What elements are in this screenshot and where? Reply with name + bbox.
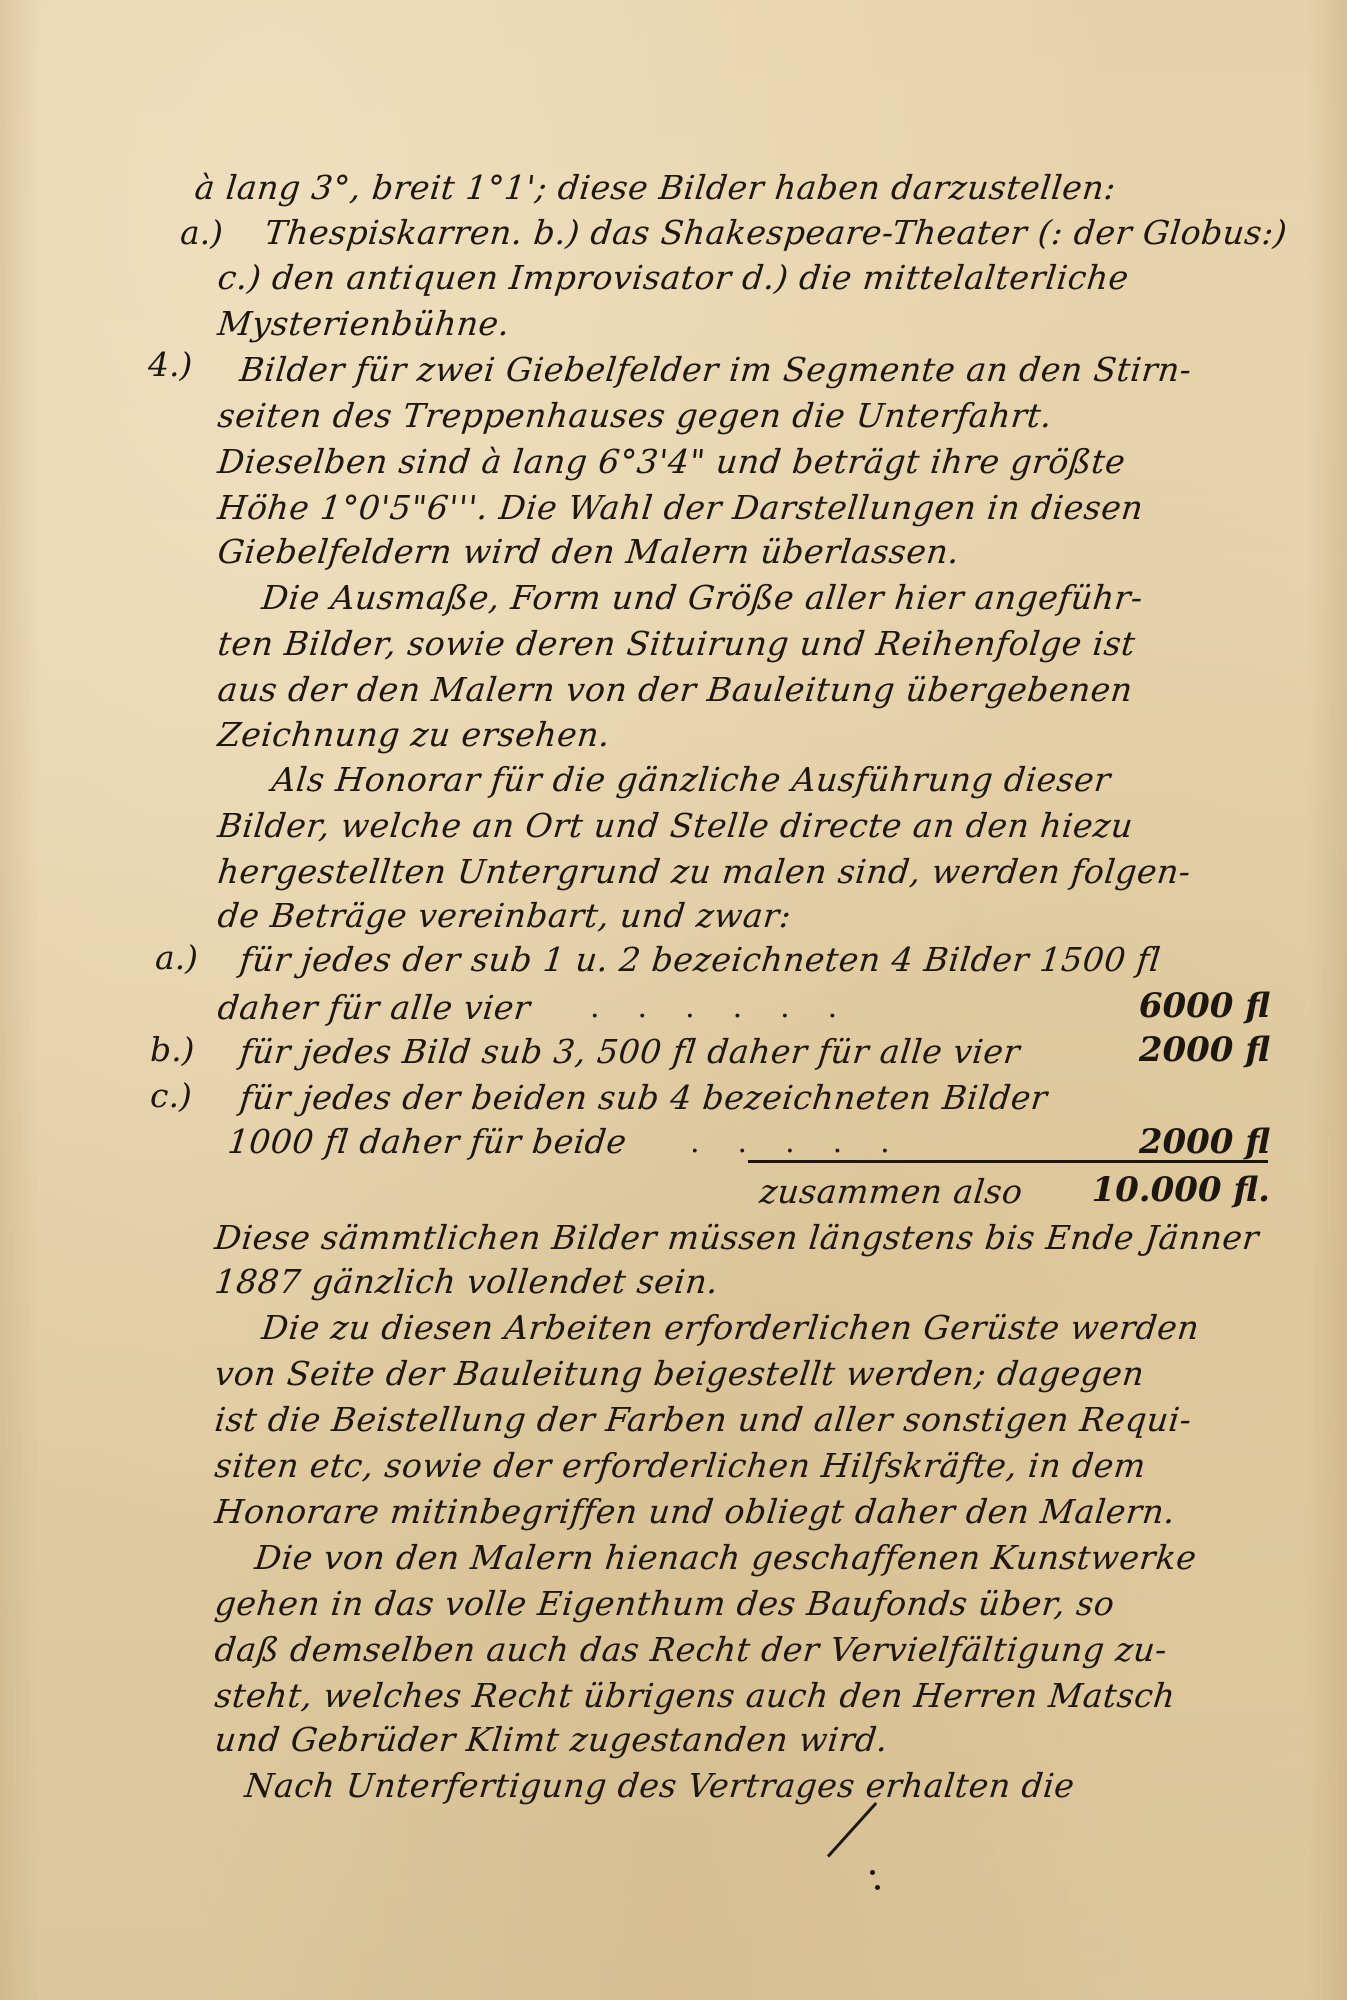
text-line: Diese sämmtlichen Bilder müssen längsten… — [213, 1218, 1261, 1257]
fee-amount-a: 6000 fl — [1120, 986, 1270, 1026]
text-line: steht, welches Recht übrigens auch den H… — [213, 1676, 1177, 1715]
text-line: Die zu diesen Arbeiten erforderlichen Ge… — [260, 1308, 1201, 1347]
item-marker-a: a.) — [180, 213, 223, 252]
fee-marker-c: c.) — [150, 1076, 192, 1115]
text-line: à lang 3°, breit 1°1'; diese Bilder habe… — [193, 168, 1118, 207]
text-line: aus der den Malern von der Bauleitung üb… — [216, 670, 1135, 709]
fee-amount-c: 2000 fl — [1120, 1122, 1270, 1162]
text-line: Zeichnung zu ersehen. — [216, 715, 612, 754]
total-amount: 10.000 fl. — [1090, 1170, 1270, 1210]
text-line: Mysterienbühne. — [216, 304, 512, 343]
text-line: Die Ausmaße, Form und Größe aller hier a… — [260, 578, 1145, 617]
text-line: Thespiskarren. b.) das Shakespeare-Theat… — [263, 213, 1289, 252]
text-line: Nach Unterfertigung des Vertrages erhalt… — [243, 1766, 1077, 1805]
text-line: Höhe 1°0'5"6'''. Die Wahl der Darstellun… — [216, 488, 1145, 527]
text-line: Bilder, welche an Ort und Stelle directe… — [216, 806, 1135, 845]
item-marker-4: 4.) — [148, 345, 192, 384]
total-label: zusammen also — [758, 1172, 1025, 1211]
text-line: c.) den antiquen Improvisator d.) die mi… — [216, 258, 1131, 297]
page-mark-dot — [875, 1885, 880, 1890]
text-line: Honorare mitinbegriffen und obliegt dahe… — [213, 1492, 1177, 1531]
fee-amount-b: 2000 fl — [1120, 1030, 1270, 1070]
text-line: de Beträge vereinbart, und zwar: — [216, 896, 793, 935]
text-line: ist die Beistellung der Farben und aller… — [213, 1400, 1194, 1439]
text-line: Die von den Malern hienach geschaffenen … — [253, 1538, 1199, 1577]
fee-line: für jedes der beiden sub 4 bezeichneten … — [238, 1078, 1049, 1117]
sum-rule — [748, 1160, 1268, 1163]
text-line: Bilder für zwei Giebelfelder im Segmente… — [238, 350, 1194, 389]
text-line: ten Bilder, sowie deren Situirung und Re… — [216, 624, 1137, 663]
fee-line: für jedes der sub 1 u. 2 bezeichneten 4 … — [238, 940, 1163, 979]
page-mark-dot — [870, 1870, 875, 1875]
text-line: daß demselben auch das Recht der Verviel… — [213, 1630, 1169, 1669]
text-line: von Seite der Bauleitung beigestellt wer… — [213, 1354, 1146, 1393]
text-line: seiten des Treppenhauses gegen die Unter… — [216, 396, 1054, 435]
fee-marker-b: b.) — [150, 1030, 195, 1069]
text-line: hergestellten Untergrund zu malen sind, … — [216, 852, 1193, 891]
text-line: gehen in das volle Eigenthum des Baufond… — [213, 1584, 1117, 1623]
text-line: Dieselben sind à lang 6°3'4" und beträgt… — [216, 442, 1127, 481]
fee-line: für jedes Bild sub 3, 500 fl daher für a… — [238, 1032, 1022, 1071]
text-line: 1887 gänzlich vollendet sein. — [213, 1262, 720, 1301]
text-line: Als Honorar für die gänzliche Ausführung… — [270, 760, 1113, 799]
text-line: Giebelfeldern wird den Malern überlassen… — [216, 532, 961, 571]
text-line: siten etc, sowie der erforderlichen Hilf… — [213, 1446, 1148, 1485]
fee-line: 1000 fl daher für beide — [226, 1122, 629, 1161]
leader-dots: ..... — [690, 1125, 928, 1160]
leader-dots: ...... — [590, 990, 875, 1025]
fee-line: daher für alle vier — [216, 988, 532, 1027]
text-line: und Gebrüder Klimt zugestanden wird. — [213, 1720, 890, 1759]
fee-marker-a: a.) — [155, 938, 198, 977]
